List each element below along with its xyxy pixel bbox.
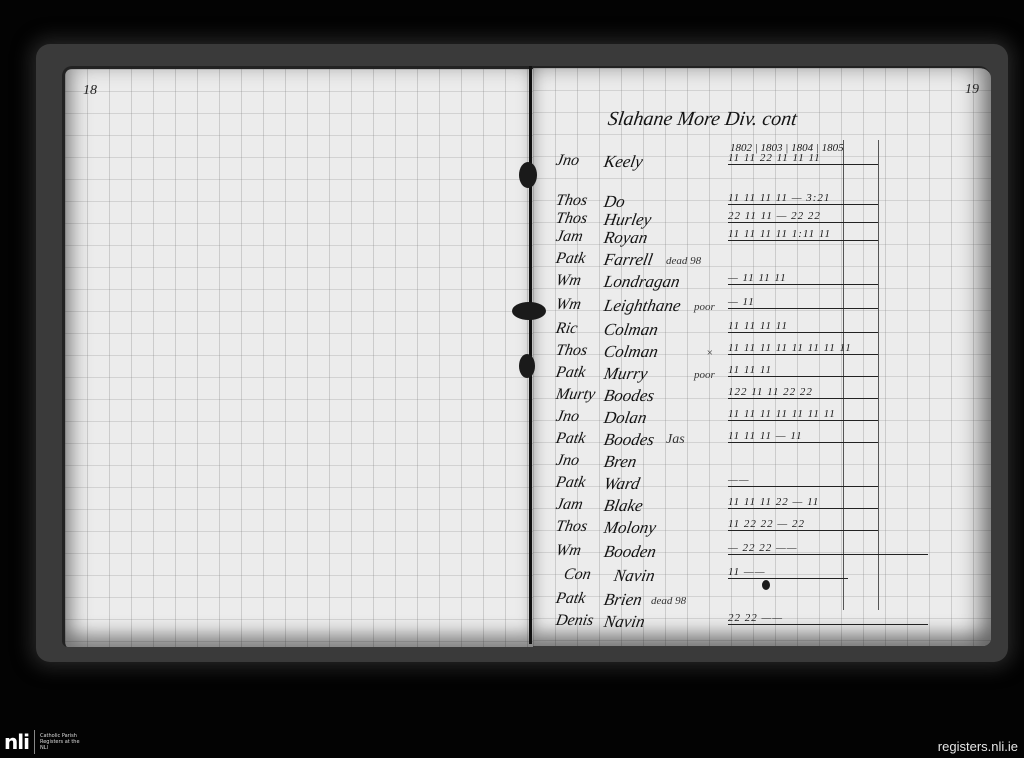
entry-marks: — 11 11 11	[728, 272, 878, 285]
entry-note: poor	[694, 369, 715, 381]
entry-given-name: Con	[562, 566, 592, 584]
ink-blot	[519, 354, 535, 378]
register-entry: Denis Navin 22 22 ——	[556, 612, 956, 634]
right-page-number: 19	[965, 82, 979, 98]
entry-surname: Boodes	[602, 430, 656, 450]
entry-surname: Murry	[602, 364, 649, 384]
entry-note: poor	[694, 301, 715, 313]
entry-given-name: Patk	[554, 590, 587, 608]
entry-surname: Booden	[602, 542, 657, 562]
entry-given-name: Denis	[554, 612, 595, 630]
entry-given-name: Patk	[554, 364, 587, 382]
ink-blot	[519, 162, 537, 188]
register-entry: Thos Colman × 11 11 11 11 11 11 11 11	[556, 342, 956, 364]
register-entry: Jno Dolan 11 11 11 11 11 11 11	[556, 408, 956, 430]
entry-surname: Farrell	[602, 250, 654, 270]
register-entry: Patk Murry poor 11 11 11	[556, 364, 956, 386]
register-entry: Patk Boodes Jas 11 11 11 — 11	[556, 430, 956, 452]
entry-surname: Bren	[602, 452, 638, 472]
entry-surname: Royan	[602, 228, 649, 248]
entry-surname: Colman	[602, 320, 659, 340]
register-entry: Jam Blake 11 11 11 22 — 11	[556, 496, 956, 518]
entry-given-name: Patk	[554, 474, 587, 492]
entry-surname: Dolan	[602, 408, 648, 428]
entry-given-name: Jno	[554, 152, 580, 170]
entry-given-name: Murty	[554, 386, 596, 404]
entry-marks: 22 11 11 — 22 22	[728, 210, 878, 223]
entry-surname: Navin	[602, 612, 646, 632]
register-entry: Jno Keely 11 11 22 11 11 11	[556, 152, 956, 174]
entry-marks: 11 ——	[728, 566, 848, 579]
entry-given-name: Thos	[554, 192, 588, 210]
entry-surname: Do	[602, 192, 626, 212]
register-entry: Murty Boodes 122 11 11 22 22	[556, 386, 956, 408]
entry-given-name: Wm	[554, 296, 582, 314]
register-entry: Jam Royan 11 11 11 11 1:11 11	[556, 228, 956, 250]
entry-note: Jas	[666, 432, 685, 448]
entry-given-name: Thos	[554, 210, 588, 228]
entry-marks: 11 11 11 11 11 11 11	[728, 408, 878, 421]
left-page-number: 18	[83, 83, 97, 99]
entry-marks: ——	[728, 474, 878, 487]
register-entry: Patk Brien dead 98	[556, 590, 956, 612]
entry-note: ×	[706, 347, 713, 359]
entry-marks: 11 11 11 22 — 11	[728, 496, 878, 509]
register-entry: Con Navin 11 ——	[556, 566, 956, 588]
entry-marks: 11 11 11 11 11 11 11 11	[728, 342, 878, 355]
entry-given-name: Wm	[554, 272, 582, 290]
entry-marks: — 22 22 ——	[728, 542, 928, 555]
entry-given-name: Patk	[554, 430, 587, 448]
entry-given-name: Jno	[554, 452, 580, 470]
entry-surname: Leighthane	[602, 296, 682, 316]
entry-marks: 11 11 11 11	[728, 320, 878, 333]
register-entry: Thos Molony 11 22 22 — 22	[556, 518, 956, 540]
register-heading: Slahane More Div. cont	[606, 108, 798, 131]
entry-note: dead 98	[651, 595, 686, 607]
register-entry: Patk Farrell dead 98	[556, 250, 956, 272]
left-page: 18	[62, 66, 533, 647]
entry-given-name: Thos	[554, 518, 588, 536]
register-scan-image: 18 19 Slahane More Div. cont 1802 | 1803…	[0, 0, 1024, 758]
register-entry: Wm Leighthane poor — 11	[556, 296, 956, 318]
entry-given-name: Jno	[554, 408, 580, 426]
entry-marks: — 11	[728, 296, 878, 309]
entry-given-name: Ric	[554, 320, 579, 338]
entry-surname: Navin	[612, 566, 656, 586]
entry-surname: Molony	[602, 518, 657, 538]
entry-surname: Hurley	[602, 210, 653, 230]
entry-surname: Ward	[602, 474, 641, 494]
nli-logo-mark: nli	[4, 730, 35, 754]
nli-logo-subtitle: Catholic Parish Registers at the NLI	[40, 733, 80, 751]
nli-logo[interactable]: nli Catholic Parish Registers at the NLI	[4, 730, 80, 754]
binding-hole	[512, 302, 546, 320]
site-url-link[interactable]: registers.nli.ie	[938, 739, 1018, 754]
entry-surname: Colman	[602, 342, 659, 362]
entry-surname: Boodes	[602, 386, 656, 406]
register-entry: Wm Booden — 22 22 ——	[556, 542, 956, 564]
entry-marks: 11 22 22 — 22	[728, 518, 878, 531]
register-entry: Patk Ward ——	[556, 474, 956, 496]
entry-note: dead 98	[666, 255, 701, 267]
entry-given-name: Thos	[554, 342, 588, 360]
entry-marks: 11 11 11	[728, 364, 878, 377]
register-entry: Ric Colman 11 11 11 11	[556, 320, 956, 342]
entry-surname: Keely	[602, 152, 644, 172]
entry-given-name: Jam	[554, 496, 584, 514]
entry-surname: Brien	[602, 590, 643, 610]
entry-surname: Blake	[602, 496, 644, 516]
entry-surname: Londragan	[602, 272, 681, 292]
entry-given-name: Jam	[554, 228, 584, 246]
entry-marks: 11 11 11 11 1:11 11	[728, 228, 878, 241]
entry-given-name: Wm	[554, 542, 582, 560]
entry-marks: 11 11 11 11 — 3:21	[728, 192, 878, 205]
entry-marks: 22 22 ——	[728, 612, 928, 625]
entry-marks: 122 11 11 22 22	[728, 386, 878, 399]
entry-given-name: Patk	[554, 250, 587, 268]
register-entry: Wm Londragan — 11 11 11	[556, 272, 956, 294]
register-entry: Jno Bren	[556, 452, 956, 474]
entry-marks: 11 11 22 11 11 11	[728, 152, 878, 165]
entry-marks: 11 11 11 — 11	[728, 430, 878, 443]
